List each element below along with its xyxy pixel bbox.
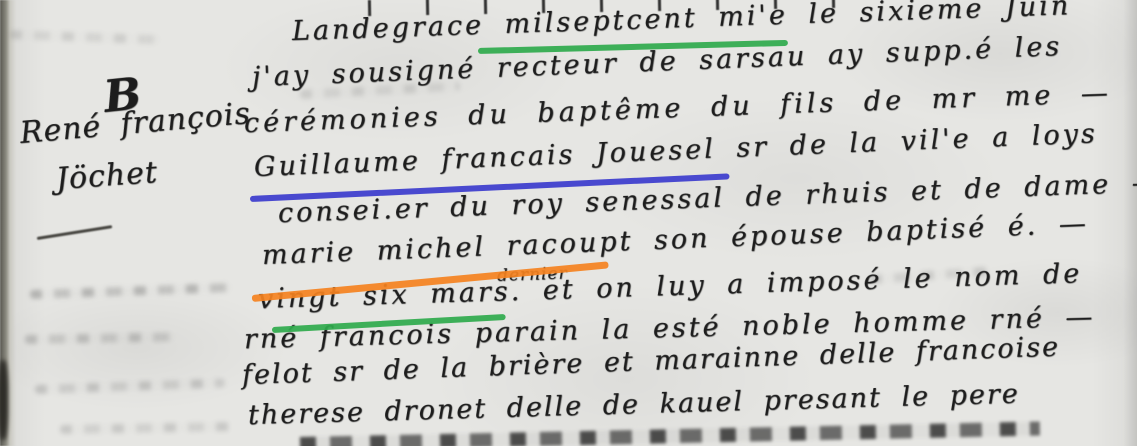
- bleed-through-stroke: [25, 332, 175, 344]
- bleed-through-stroke: [10, 30, 160, 44]
- margin-dash: [37, 225, 113, 240]
- page-right-edge: [1123, 0, 1137, 446]
- margin-name-line2: Jöchet: [55, 155, 159, 197]
- page-edge-mark: [0, 360, 8, 440]
- manuscript-page: B René françois Jöchet Landegrace milsep…: [0, 0, 1137, 446]
- bleed-through-stroke: [30, 283, 230, 299]
- bleed-through-stroke: [60, 422, 230, 434]
- bleed-through-stroke: [35, 378, 225, 394]
